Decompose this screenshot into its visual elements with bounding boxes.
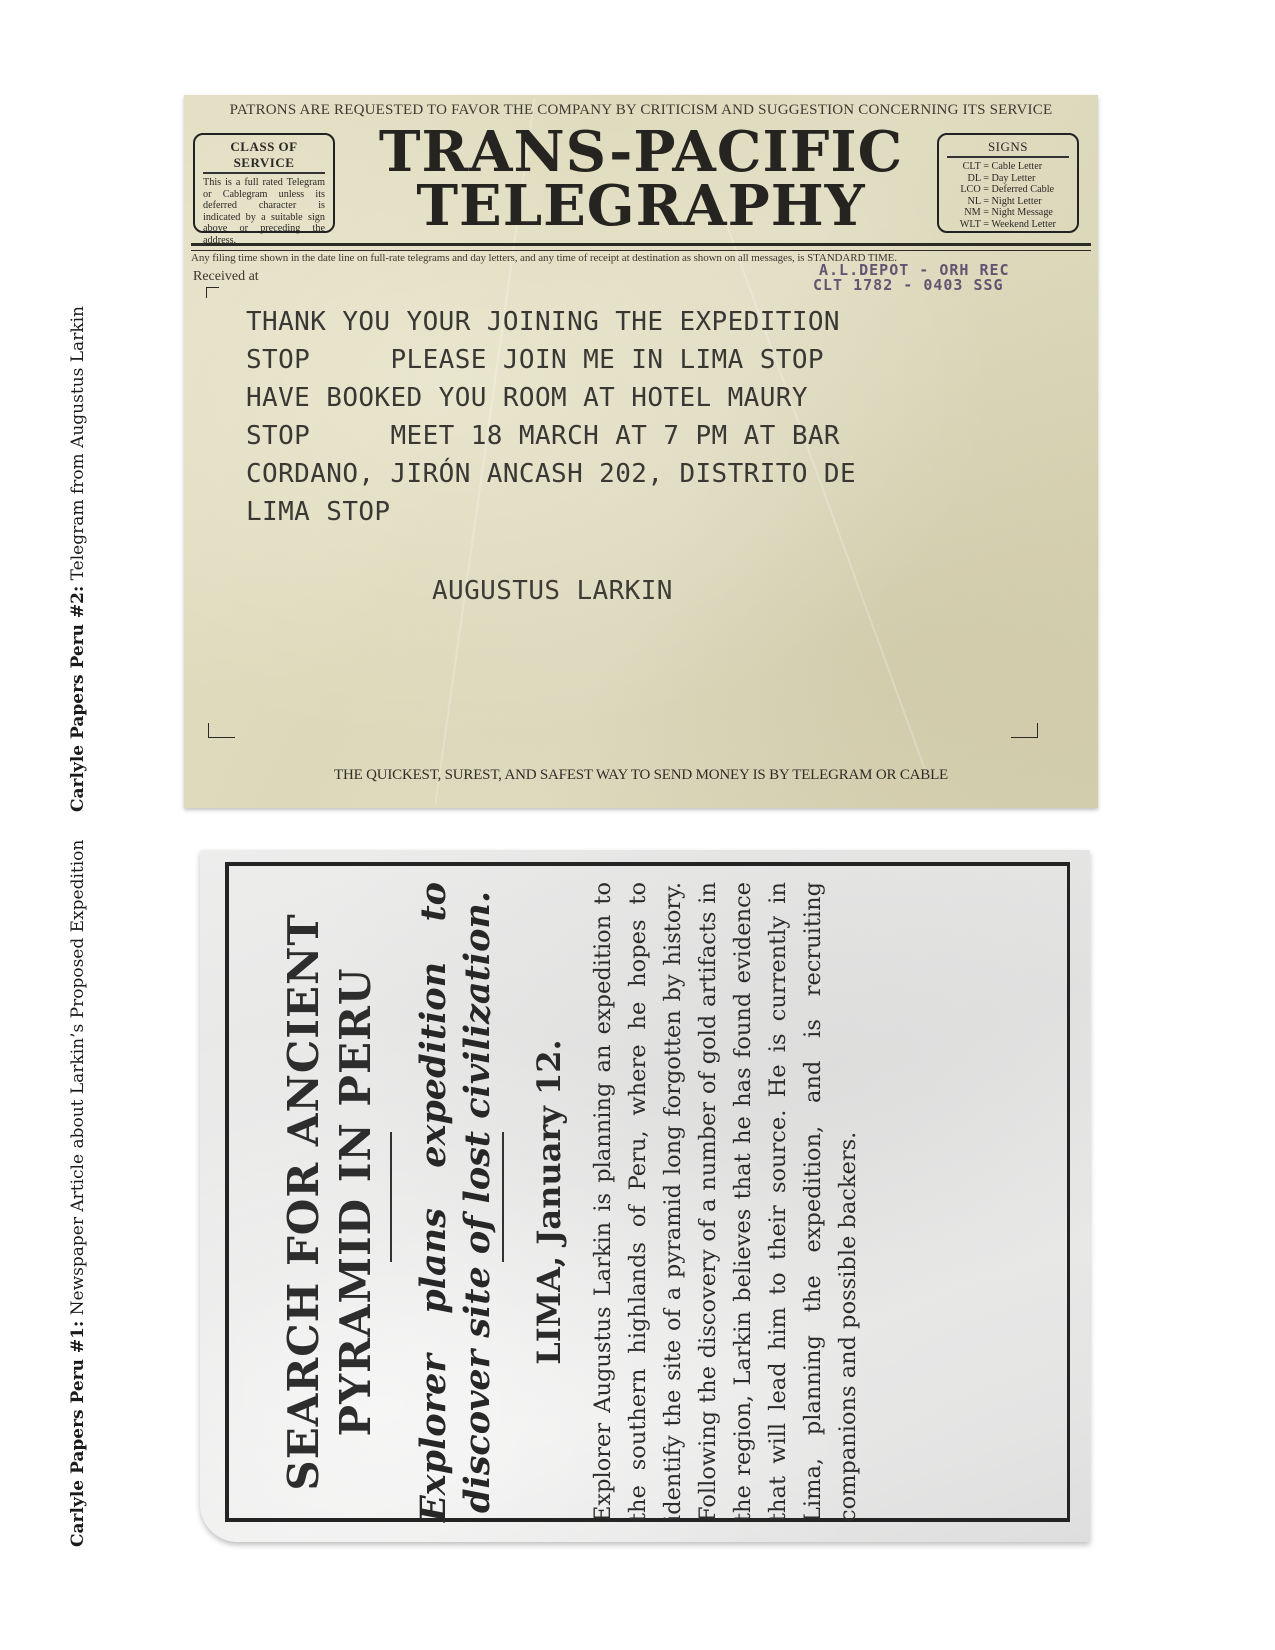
telegram-document: PATRONS ARE REQUESTED TO FAVOR THE COMPA… [184,95,1098,808]
receipt-stamp: A.L.DEPOT - ORH REC CLT 1782 - 0403 SSG [819,263,1010,293]
sign-meaning: Deferred Cable [989,184,1054,195]
headline-line: SEARCH FOR ANCIENT [278,882,330,1522]
sign-meaning: Cable Letter [989,161,1042,172]
sign-meaning: Night Letter [989,196,1042,207]
sign-meaning: Night Message [989,207,1053,218]
article-headline: SEARCH FOR ANCIENTPYRAMID IN PERU [278,882,382,1522]
deck-line: discover site of lost civilization. [456,882,500,1522]
logo-line-2: TELEGRAPHY [349,177,933,235]
headline-line: PYRAMID IN PERU [330,882,382,1522]
corner-mark [206,287,219,298]
header-rule [191,243,1091,251]
sign-meaning: Day Letter [989,173,1035,184]
deck-divider [502,1132,504,1262]
article-subheadline: Explorer plans expedition todiscover sit… [412,882,500,1522]
telegram-footer: THE QUICKEST, SUREST, AND SAFEST WAY TO … [184,767,1098,784]
company-logo: TRANS-PACIFIC TELEGRAPHY [349,123,933,235]
sign-item: DL = Day Letter [947,173,1069,185]
sign-code: DL = [947,173,989,185]
sign-item: NM = Night Message [947,207,1069,219]
sign-item: CLT = Cable Letter [947,161,1069,173]
deck-line: Explorer plans expedition to [412,882,456,1522]
signs-list: CLT = Cable LetterDL = Day LetterLCO = D… [947,161,1069,231]
headline-divider [390,1132,392,1262]
newspaper-clipping: SEARCH FOR ANCIENTPYRAMID IN PERU Explor… [200,850,1090,1542]
caption-newspaper-text: Newspaper Article about Larkin’s Propose… [68,840,88,1321]
sign-item: WLT = Weekend Letter [947,219,1069,231]
class-of-service-box: CLASS OF SERVICE This is a full rated Te… [193,133,335,233]
sign-code: NL = [947,196,989,208]
sign-code: NM = [947,207,989,219]
caption-newspaper-label: Carlyle Papers Peru #1: [68,1321,88,1547]
caption-telegram: Carlyle Papers Peru #2: Telegram from Au… [68,306,88,812]
telegram-message: THANK YOU YOUR JOINING THE EXPEDITION ST… [246,303,1066,531]
signs-title: SIGNS [947,139,1069,158]
caption-telegram-text: Telegram from Augustus Larkin [68,306,88,586]
sign-item: NL = Night Letter [947,196,1069,208]
class-of-service-title: CLASS OF SERVICE [203,139,325,174]
article-content: SEARCH FOR ANCIENTPYRAMID IN PERU Explor… [240,882,1060,1522]
sign-meaning: Weekend Letter [989,219,1056,230]
patrons-notice: PATRONS ARE REQUESTED TO FAVOR THE COMPA… [184,102,1098,119]
caption-newspaper: Carlyle Papers Peru #1: Newspaper Articl… [68,840,88,1547]
sign-code: CLT = [947,161,989,173]
stamp-line-2: CLT 1782 - 0403 SSG [813,278,1010,293]
article-body: Explorer Augustus Larkin is planning an … [586,882,866,1522]
received-at-label: Received at [193,269,259,285]
sign-code: LCO = [947,184,989,196]
signs-box: SIGNS CLT = Cable LetterDL = Day LetterL… [937,133,1079,233]
class-of-service-body: This is a full rated Telegram or Cablegr… [203,177,325,247]
corner-mark [1011,723,1038,738]
article-dateline: LIMA, January 12. [530,882,568,1522]
sign-code: WLT = [947,219,989,231]
corner-mark [208,723,235,738]
sign-item: LCO = Deferred Cable [947,184,1069,196]
caption-telegram-label: Carlyle Papers Peru #2: [68,586,88,812]
telegram-signature: AUGUSTUS LARKIN [432,576,673,606]
